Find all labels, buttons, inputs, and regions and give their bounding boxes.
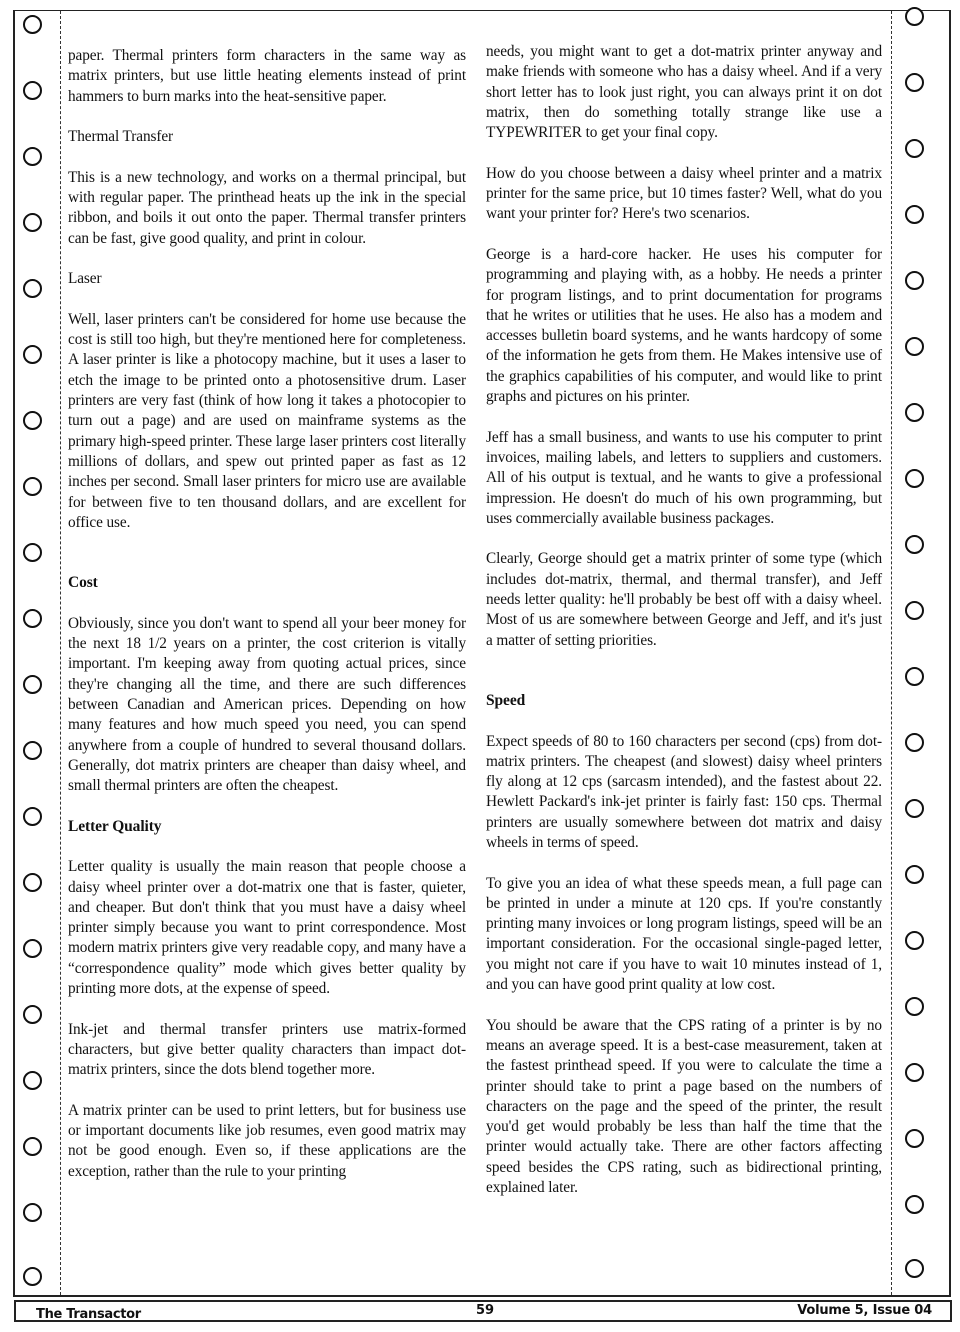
tractor-hole-icon bbox=[905, 1259, 924, 1278]
left-perforation-line bbox=[60, 11, 61, 1295]
publication-name: The Transactor bbox=[36, 1307, 141, 1322]
paragraph: Jeff has a small business, and wants to … bbox=[486, 428, 882, 529]
tractor-hole-icon bbox=[23, 609, 42, 628]
tractor-hole-icon bbox=[905, 403, 924, 422]
tractor-hole-icon bbox=[23, 873, 42, 892]
tractor-hole-icon bbox=[905, 139, 924, 158]
page-number: 59 bbox=[476, 1303, 494, 1318]
tractor-hole-icon bbox=[23, 675, 42, 694]
paragraph: Expect speeds of 80 to 160 characters pe… bbox=[486, 732, 882, 854]
paragraph: paper. Thermal printers form characters … bbox=[68, 46, 466, 107]
paragraph: To give you an idea of what these speeds… bbox=[486, 874, 882, 996]
tractor-hole-icon bbox=[23, 1071, 42, 1090]
tractor-hole-icon bbox=[905, 7, 924, 26]
tractor-hole-icon bbox=[905, 931, 924, 950]
tractor-hole-icon bbox=[23, 147, 42, 166]
paragraph: A matrix printer can be used to print le… bbox=[68, 1101, 466, 1182]
tractor-hole-icon bbox=[23, 213, 42, 232]
tractor-hole-icon bbox=[905, 799, 924, 818]
tractor-hole-icon bbox=[905, 997, 924, 1016]
subheading-laser: Laser bbox=[68, 269, 466, 289]
tractor-hole-icon bbox=[23, 1137, 42, 1156]
section-heading-speed: Speed bbox=[486, 691, 882, 711]
issue-label: Volume 5, Issue 04 bbox=[797, 1303, 932, 1318]
tractor-hole-icon bbox=[905, 337, 924, 356]
paragraph: Clearly, George should get a matrix prin… bbox=[486, 549, 882, 650]
tractor-hole-icon bbox=[23, 81, 42, 100]
tractor-hole-icon bbox=[905, 1129, 924, 1148]
tractor-hole-icon bbox=[905, 1063, 924, 1082]
tractor-hole-icon bbox=[905, 469, 924, 488]
tractor-hole-icon bbox=[23, 939, 42, 958]
tractor-hole-icon bbox=[23, 279, 42, 298]
article-right-column: needs, you might want to get a dot-matri… bbox=[486, 42, 882, 1219]
paragraph: You should be aware that the CPS rating … bbox=[486, 1016, 882, 1199]
paragraph: Obviously, since you don't want to spend… bbox=[68, 614, 466, 797]
tractor-hole-icon bbox=[905, 667, 924, 686]
tractor-hole-icon bbox=[905, 1195, 924, 1214]
subheading-thermal-transfer: Thermal Transfer bbox=[68, 127, 466, 147]
tractor-hole-icon bbox=[23, 411, 42, 430]
tractor-hole-icon bbox=[23, 741, 42, 760]
paragraph: This is a new technology, and works on a… bbox=[68, 168, 466, 249]
right-perforation-line bbox=[891, 11, 892, 1295]
page-footer: The Transactor 59 Volume 5, Issue 04 bbox=[14, 1300, 952, 1322]
paragraph: needs, you might want to get a dot-matri… bbox=[486, 42, 882, 143]
tractor-hole-icon bbox=[905, 535, 924, 554]
tractor-hole-icon bbox=[23, 345, 42, 364]
tractor-hole-icon bbox=[23, 1203, 42, 1222]
paragraph: Well, laser printers can't be considered… bbox=[68, 310, 466, 533]
tractor-hole-icon bbox=[23, 477, 42, 496]
tractor-hole-icon bbox=[23, 1267, 42, 1286]
section-heading-letter-quality: Letter Quality bbox=[68, 817, 466, 837]
paragraph: George is a hard-core hacker. He uses hi… bbox=[486, 245, 882, 407]
paragraph: How do you choose between a daisy wheel … bbox=[486, 164, 882, 225]
tractor-hole-icon bbox=[23, 1005, 42, 1024]
tractor-hole-icon bbox=[905, 733, 924, 752]
tractor-hole-icon bbox=[23, 807, 42, 826]
tractor-hole-icon bbox=[905, 205, 924, 224]
paragraph: Letter quality is usually the main reaso… bbox=[68, 857, 466, 999]
tractor-hole-icon bbox=[905, 271, 924, 290]
tractor-hole-icon bbox=[23, 15, 42, 34]
paragraph: Ink-jet and thermal transfer printers us… bbox=[68, 1020, 466, 1081]
tractor-hole-icon bbox=[905, 865, 924, 884]
article-left-column: paper. Thermal printers form characters … bbox=[68, 46, 466, 1202]
section-heading-cost: Cost bbox=[68, 573, 466, 593]
tractor-hole-icon bbox=[905, 73, 924, 92]
tractor-hole-icon bbox=[905, 601, 924, 620]
tractor-hole-icon bbox=[23, 543, 42, 562]
